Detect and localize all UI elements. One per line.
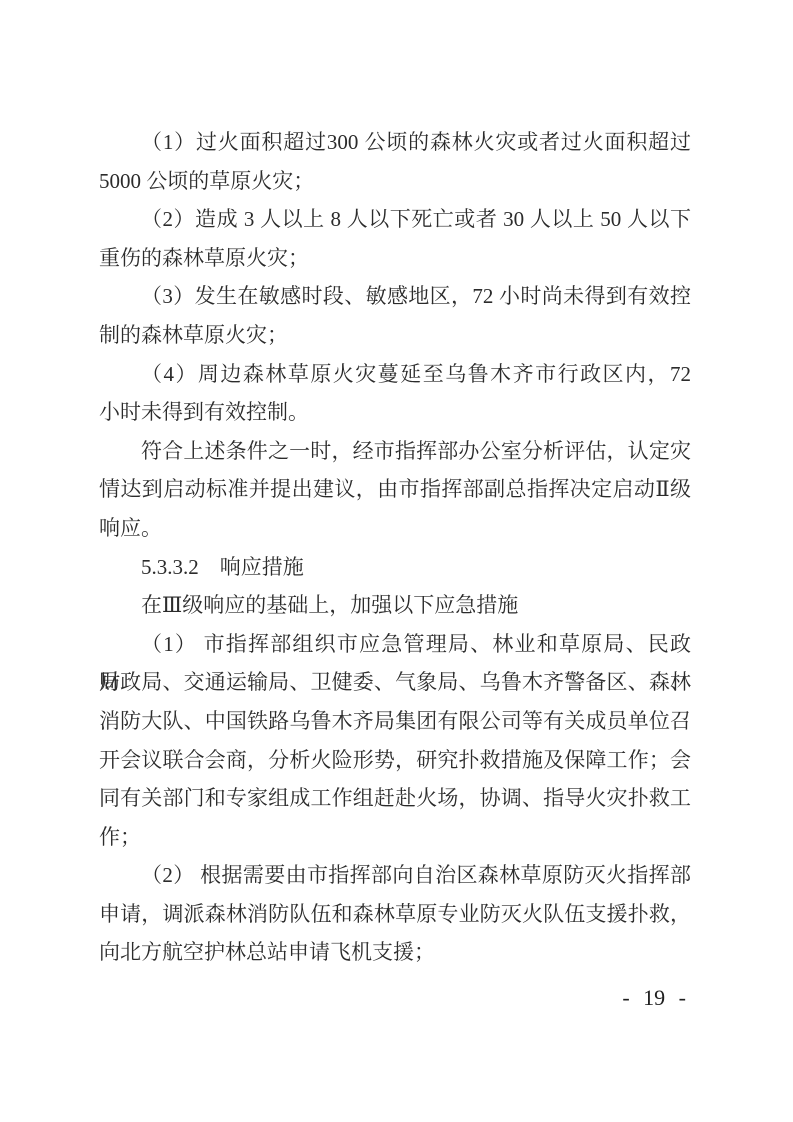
text-line: （2）造成 3 人以上 8 人以下死亡或者 30 人以上 50 人以下 [99,200,691,239]
document-body: （1）过火面积超过300 公顷的森林火灾或者过火面积超过5000 公顷的草原火灾… [99,123,691,972]
text-line: 同有关部门和专家组成工作组赶赴火场，协调、指导火灾扑救工 [99,779,691,818]
body-paragraph: 符合上述条件之一时，经市指挥部办公室分析评估，认定灾情达到启动标准并提出建议，由… [99,432,691,548]
text-line: 申请，调派森林消防队伍和森林草原专业防灭火队伍支援扑救， [99,895,691,934]
section-heading-line: 5.3.3.2 响应措施 [99,548,691,587]
text-line: 5000 公顷的草原火灾； [99,162,691,201]
text-line: 响应。 [99,509,691,548]
text-line: 消防大队、中国铁路乌鲁木齐局集团有限公司等有关成员单位召 [99,702,691,741]
text-line: （1） 市指挥部组织市应急管理局、林业和草原局、民政局、 [99,625,691,664]
text-line: （2） 根据需要由市指挥部向自治区森林草原防灭火指挥部 [99,856,691,895]
list-item: （1） 市指挥部组织市应急管理局、林业和草原局、民政局、财政局、交通运输局、卫健… [99,625,691,857]
text-line: 重伤的森林草原火灾； [99,239,691,278]
list-item: （4）周边森林草原火灾蔓延至乌鲁木齐市行政区内，72小时未得到有效控制。 [99,355,691,432]
text-line: 财政局、交通运输局、卫健委、气象局、乌鲁木齐警备区、森林 [99,663,691,702]
list-item: （1）过火面积超过300 公顷的森林火灾或者过火面积超过5000 公顷的草原火灾… [99,123,691,200]
text-line: 符合上述条件之一时，经市指挥部办公室分析评估，认定灾 [99,432,691,471]
text-line: 在Ⅲ级响应的基础上，加强以下应急措施 [99,586,691,625]
list-item: （2）造成 3 人以上 8 人以下死亡或者 30 人以上 50 人以下重伤的森林… [99,200,691,277]
page-number: - 19 - [622,983,686,1013]
text-line: 向北方航空护林总站申请飞机支援； [99,933,691,972]
text-line: 小时未得到有效控制。 [99,393,691,432]
text-line: （4）周边森林草原火灾蔓延至乌鲁木齐市行政区内，72 [99,355,691,394]
body-paragraph: 在Ⅲ级响应的基础上，加强以下应急措施 [99,586,691,625]
text-line: 作； [99,818,691,857]
list-item: （2） 根据需要由市指挥部向自治区森林草原防灭火指挥部申请，调派森林消防队伍和森… [99,856,691,972]
text-line: 开会议联合会商，分析火险形势，研究扑救措施及保障工作；会 [99,741,691,780]
text-line: 情达到启动标准并提出建议，由市指挥部副总指挥决定启动Ⅱ级 [99,470,691,509]
section-heading: 5.3.3.2 响应措施 [99,548,691,587]
text-line: （1）过火面积超过300 公顷的森林火灾或者过火面积超过 [99,123,691,162]
text-line: 制的森林草原火灾； [99,316,691,355]
text-line: （3）发生在敏感时段、敏感地区，72 小时尚未得到有效控 [99,277,691,316]
list-item: （3）发生在敏感时段、敏感地区，72 小时尚未得到有效控制的森林草原火灾； [99,277,691,354]
document-page: （1）过火面积超过300 公顷的森林火灾或者过火面积超过5000 公顷的草原火灾… [0,0,793,1122]
